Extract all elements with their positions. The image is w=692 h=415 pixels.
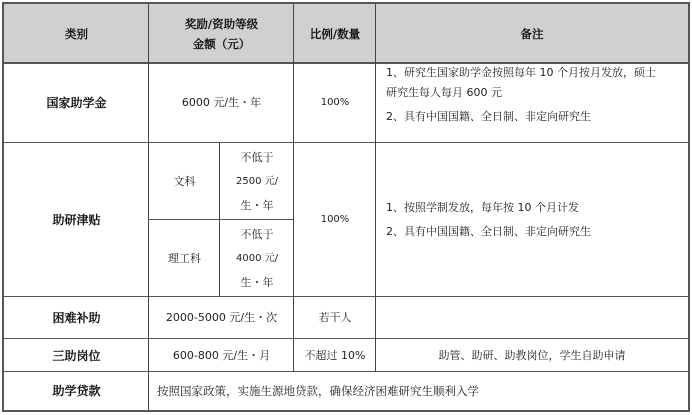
divider: [293, 4, 294, 372]
remark-line: 2、具有中国国籍、全日制、非定向研究生: [386, 107, 591, 127]
amount-line: 生・年: [241, 194, 274, 218]
row-student-loan-description: 按照国家政策，实施生源地贷款，确保经济困难研究生顺利入学: [149, 372, 688, 410]
amount-line: 生・年: [241, 271, 274, 295]
divider: [4, 142, 688, 143]
row-research-allowance-ratio: 100%: [294, 143, 376, 297]
divider: [4, 338, 688, 339]
row-research-allowance-amount-arts: 不低于 2500 元/ 生・年: [220, 143, 294, 220]
row-national-grant-remarks: 1、研究生国家助学金按照每年 10 个月按月发放，硕士 研究生每人每月 600 …: [376, 63, 688, 143]
header-remarks: 备注: [376, 4, 688, 63]
row-research-allowance-subject-arts: 文科: [149, 143, 220, 220]
row-assistantship-remarks: 助管、助研、助教岗位，学生自助申请: [376, 339, 688, 372]
divider: [4, 371, 688, 372]
row-hardship-subsidy-remarks: [376, 297, 688, 339]
remark-line: 1、研究生国家助学金按照每年 10 个月按月发放，硕士: [386, 63, 656, 83]
header-ratio: 比例/数量: [294, 4, 376, 63]
row-research-allowance-category: 助研津贴: [4, 143, 149, 297]
amount-line: 不低于: [241, 146, 274, 170]
divider: [148, 4, 149, 410]
row-hardship-subsidy-ratio: 若干人: [294, 297, 376, 339]
header-amount-line2: 金额（元）: [193, 34, 251, 54]
header-amount: 奖励/资助等级 金额（元）: [149, 4, 294, 63]
row-research-allowance-subject-science: 理工科: [149, 220, 220, 297]
row-national-grant-amount: 6000 元/生・年: [149, 63, 294, 143]
remark-line: 研究生每人每月 600 元: [386, 83, 502, 103]
remark-line: 2、具有中国国籍、全日制、非定向研究生: [386, 222, 591, 242]
divider: [149, 219, 294, 220]
divider: [375, 4, 376, 372]
aid-table: 类别 奖励/资助等级 金额（元） 比例/数量 备注 国家助学金 6000 元/生…: [2, 2, 690, 412]
amount-line: 2500 元/: [236, 170, 278, 194]
amount-line: 不低于: [241, 223, 274, 247]
row-hardship-subsidy-category: 困难补助: [4, 297, 149, 339]
row-national-grant-category: 国家助学金: [4, 63, 149, 143]
header-category: 类别: [4, 4, 149, 63]
remark-line: 1、按照学制发放，每年按 10 个月计发: [386, 198, 579, 218]
amount-line: 4000 元/: [236, 247, 278, 271]
row-assistantship-ratio: 不超过 10%: [294, 339, 376, 372]
divider: [4, 296, 688, 297]
divider: [4, 62, 688, 64]
row-hardship-subsidy-amount: 2000-5000 元/生・次: [149, 297, 294, 339]
header-amount-line1: 奖励/资助等级: [185, 14, 258, 34]
row-assistantship-amount: 600-800 元/生・月: [149, 339, 294, 372]
row-national-grant-ratio: 100%: [294, 63, 376, 143]
row-assistantship-category: 三助岗位: [4, 339, 149, 372]
row-research-allowance-remarks: 1、按照学制发放，每年按 10 个月计发 2、具有中国国籍、全日制、非定向研究生: [376, 143, 688, 297]
row-research-allowance-amount-science: 不低于 4000 元/ 生・年: [220, 220, 294, 297]
row-student-loan-category: 助学贷款: [4, 372, 149, 410]
divider: [219, 143, 220, 297]
